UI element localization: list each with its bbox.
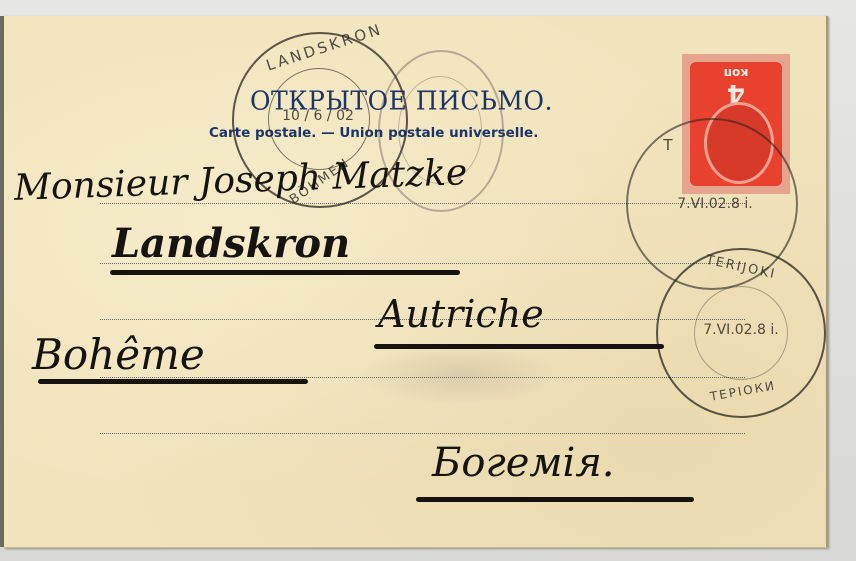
postmark-terijoki-upper-top: T [658, 136, 678, 154]
region-cyrillic-underline [416, 497, 694, 502]
city-underline [110, 270, 460, 275]
stamp-value: 4 коп [682, 66, 790, 106]
recipient-country: Autriche [378, 292, 544, 336]
recipient-region: Bohême [32, 330, 205, 379]
recipient-city: Landskron [112, 220, 350, 267]
address-line-5 [100, 433, 745, 434]
postmark-terijoki-upper-date: 7.VI.02.8 i. [650, 196, 780, 212]
postmark-terijoki-lower: TERIJOKI 7.VI.02.8 i. ТЕРІОКИ [656, 248, 826, 418]
ink-smudge [360, 345, 560, 405]
country-underline [374, 344, 664, 349]
postmark-terijoki-lower-bottom: ТЕРІОКИ [697, 376, 788, 405]
recipient-region-cyrillic: Богемія. [432, 440, 615, 486]
postmark-terijoki-lower-date: 7.VI.02.8 i. [668, 322, 814, 338]
postmark-landskron-date: 10 / 6 / 02 [278, 108, 358, 124]
region-underline [38, 379, 308, 384]
